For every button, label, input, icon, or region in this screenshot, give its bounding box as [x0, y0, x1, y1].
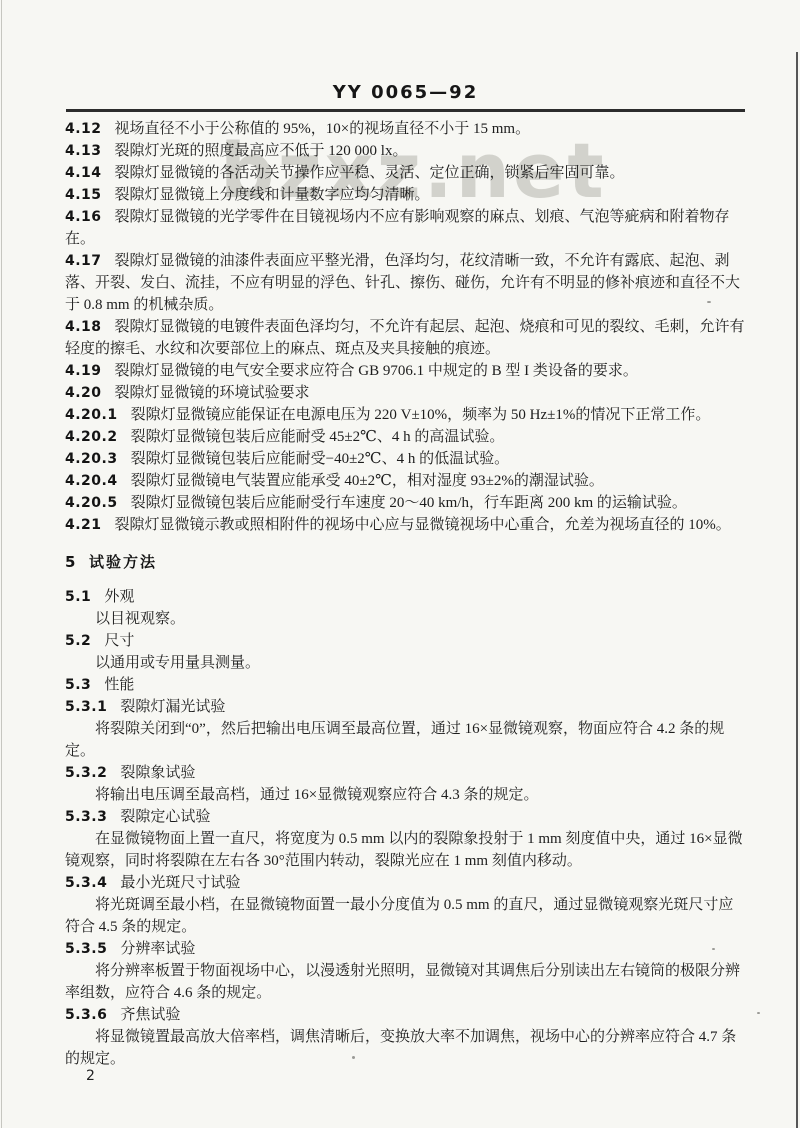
clause-number: 4.20.4 [65, 473, 118, 489]
subclause-block: 5.2尺寸 以通用或专用量具测量。 [65, 630, 747, 674]
subclause-title: 性能 [104, 677, 134, 693]
subclause-heading: 5.3.3裂隙定心试验 [65, 806, 747, 828]
subclause-number: 5.3.6 [65, 1007, 107, 1023]
clause-paragraph: 4.17裂隙灯显微镜的油漆件表面应平整光滑，色泽均匀，花纹清晰一致，不允许有露底… [65, 250, 747, 316]
clause-text: 裂隙灯显微镜的电气安全要求应符合 GB 9706.1 中规定的 B 型 I 类设… [115, 363, 638, 379]
clause-text: 裂隙灯显微镜上分度线和计量数字应均匀清晰。 [115, 187, 430, 203]
clause-text: 裂隙灯显微镜示教或照相附件的视场中心应与显微镜视场中心重合，允差为视场直径的 1… [115, 517, 731, 533]
clause-number: 4.15 [65, 187, 102, 203]
subclause-block: 5.3.2裂隙象试验 将输出电压调至最高档，通过 16×显微镜观察应符合 4.3… [65, 762, 747, 806]
section-5-number: 5 [65, 553, 76, 571]
subclause-body: 将显微镜置最高放大倍率档，调焦清晰后，变换放大率不加调焦，视场中心的分辨率应符合… [65, 1026, 747, 1070]
clause-text: 裂隙灯显微镜的光学零件在目镜视场内不应有影响观察的麻点、划痕、气泡等疵病和附着物… [65, 209, 730, 247]
clause-paragraph: 4.20.1裂隙灯显微镜应能保证在电源电压为 220 V±10%，频率为 50 … [65, 404, 747, 426]
clause-number: 4.18 [65, 319, 102, 335]
clause-text: 裂隙灯显微镜的各活动关节操作应平稳、灵活、定位正确，锁紧后牢固可靠。 [115, 165, 625, 181]
page-header: YY 0065—92 [66, 82, 745, 103]
subclause-title: 裂隙象试验 [120, 765, 195, 781]
subclause-block: 5.3.4最小光斑尺寸试验 将光斑调至最小档，在显微镜物面置一最小分度值为 0.… [65, 872, 747, 938]
subclause-block: 5.3.5分辨率试验 将分辨率板置于物面视场中心，以漫透射光照明，显微镜对其调焦… [65, 938, 747, 1004]
clause-paragraph: 4.13裂隙灯光斑的照度最高应不低于 120 000 lx。 [65, 140, 747, 162]
clause-text: 裂隙灯显微镜包装后应能耐受 45±2℃、4 h 的高温试验。 [131, 429, 505, 445]
page-number: 2 [86, 1068, 95, 1084]
clause-number: 4.20.2 [65, 429, 118, 445]
subclause-block: 5.3.3裂隙定心试验 在显微镜物面上置一直尺，将宽度为 0.5 mm 以内的裂… [65, 806, 747, 872]
clause-paragraph: 4.14裂隙灯显微镜的各活动关节操作应平稳、灵活、定位正确，锁紧后牢固可靠。 [65, 162, 747, 184]
clause-paragraph: 4.16裂隙灯显微镜的光学零件在目镜视场内不应有影响观察的麻点、划痕、气泡等疵病… [65, 206, 747, 250]
subclause-body: 将光斑调至最小档，在显微镜物面置一最小分度值为 0.5 mm 的直尺，通过显微镜… [65, 894, 747, 938]
subclause-number: 5.1 [65, 589, 91, 605]
clause-paragraph: 4.20.2裂隙灯显微镜包装后应能耐受 45±2℃、4 h 的高温试验。 [65, 426, 747, 448]
clause-number: 4.17 [65, 253, 102, 269]
clause-paragraph: 4.18裂隙灯显微镜的电镀件表面色泽均匀，不允许有起层、起泡、烧痕和可见的裂纹、… [65, 316, 747, 360]
section-5-clauses: 5.1外观 以目视观察。 5.2尺寸 以通用或专用量具测量。 5.3性能 5.3… [65, 586, 747, 1070]
subclause-number: 5.3.5 [65, 941, 107, 957]
subclause-title: 分辨率试验 [120, 941, 195, 957]
subclause-number: 5.2 [65, 633, 91, 649]
subclause-heading: 5.3.6齐焦试验 [65, 1004, 747, 1026]
subclause-body: 将分辨率板置于物面视场中心，以漫透射光照明，显微镜对其调焦后分别读出左右镜筒的极… [65, 960, 747, 1004]
clause-number: 4.14 [65, 165, 102, 181]
subclause-body: 以通用或专用量具测量。 [65, 652, 747, 674]
clause-number: 4.21 [65, 517, 102, 533]
clause-number: 4.13 [65, 143, 102, 159]
clause-text: 裂隙灯显微镜的油漆件表面应平整光滑，色泽均匀，花纹清晰一致，不允许有露底、起泡、… [65, 253, 740, 313]
clause-text: 裂隙灯显微镜应能保证在电源电压为 220 V±10%，频率为 50 Hz±1%的… [131, 407, 711, 423]
subclause-title: 齐焦试验 [120, 1007, 180, 1023]
clause-number: 4.12 [65, 121, 102, 137]
subclause-title: 最小光斑尺寸试验 [120, 875, 240, 891]
subclause-block: 5.3性能 [65, 674, 747, 696]
clause-text: 裂隙灯显微镜的环境试验要求 [115, 385, 310, 401]
document-page: bzxz.net YY 0065—92 4.12视场直径不小于公称值的 95%，… [0, 0, 800, 1128]
subclause-block: 5.1外观 以目视观察。 [65, 586, 747, 630]
subclause-body: 将输出电压调至最高档，通过 16×显微镜观察应符合 4.3 条的规定。 [65, 784, 747, 806]
clause-number: 4.20 [65, 385, 102, 401]
subclause-body: 在显微镜物面上置一直尺，将宽度为 0.5 mm 以内的裂隙象投射于 1 mm 刻… [65, 828, 747, 872]
subclause-title: 尺寸 [104, 633, 134, 649]
subclause-number: 5.3.1 [65, 699, 107, 715]
subclause-number: 5.3 [65, 677, 91, 693]
header-rule [66, 109, 745, 112]
clause-text: 裂隙灯显微镜的电镀件表面色泽均匀，不允许有起层、起泡、烧痕和可见的裂纹、毛刺，允… [65, 319, 745, 357]
clause-number: 4.20.3 [65, 451, 118, 467]
clause-paragraph: 4.19裂隙灯显微镜的电气安全要求应符合 GB 9706.1 中规定的 B 型 … [65, 360, 747, 382]
clause-text: 裂隙灯光斑的照度最高应不低于 120 000 lx。 [115, 143, 408, 159]
subclause-block: 5.3.1裂隙灯漏光试验 将裂隙关闭到“0”，然后把输出电压调至最高位置，通过 … [65, 696, 747, 762]
clause-number: 4.16 [65, 209, 102, 225]
clause-text: 裂隙灯显微镜包装后应能耐受−40±2℃、4 h 的低温试验。 [131, 451, 509, 467]
subclause-heading: 5.3性能 [65, 674, 747, 696]
clause-paragraph: 4.20裂隙灯显微镜的环境试验要求 [65, 382, 747, 404]
clause-text: 裂隙灯显微镜电气装置应能承受 40±2℃，相对湿度 93±2%的潮湿试验。 [131, 473, 604, 489]
subclause-heading: 5.2尺寸 [65, 630, 747, 652]
clause-text: 视场直径不小于公称值的 95%，10×的视场直径不小于 15 mm。 [115, 121, 531, 137]
clause-paragraph: 4.20.3裂隙灯显微镜包装后应能耐受−40±2℃、4 h 的低温试验。 [65, 448, 747, 470]
clause-number: 4.20.5 [65, 495, 118, 511]
subclause-heading: 5.3.5分辨率试验 [65, 938, 747, 960]
clause-paragraph: 4.15裂隙灯显微镜上分度线和计量数字应均匀清晰。 [65, 184, 747, 206]
subclause-body: 将裂隙关闭到“0”，然后把输出电压调至最高位置，通过 16×显微镜观察，物面应符… [65, 718, 747, 762]
subclause-heading: 5.3.4最小光斑尺寸试验 [65, 872, 747, 894]
scan-edge-left [1, 0, 2, 1128]
clause-number: 4.20.1 [65, 407, 118, 423]
subclause-number: 5.3.4 [65, 875, 107, 891]
clause-text: 裂隙灯显微镜包装后应能耐受行车速度 20～40 km/h，行车距离 200 km… [131, 495, 687, 511]
subclause-title: 裂隙定心试验 [120, 809, 210, 825]
scan-edge-right [796, 52, 798, 1128]
document-content: 4.12视场直径不小于公称值的 95%，10×的视场直径不小于 15 mm。 4… [65, 118, 747, 1070]
section-5-title: 试验方法 [89, 553, 157, 571]
clause-paragraph: 4.20.5裂隙灯显微镜包装后应能耐受行车速度 20～40 km/h，行车距离 … [65, 492, 747, 514]
standard-number: YY 0065—92 [333, 82, 478, 103]
subclause-heading: 5.3.2裂隙象试验 [65, 762, 747, 784]
subclause-heading: 5.3.1裂隙灯漏光试验 [65, 696, 747, 718]
clause-paragraph: 4.12视场直径不小于公称值的 95%，10×的视场直径不小于 15 mm。 [65, 118, 747, 140]
scan-speckle [757, 1012, 760, 1014]
subclause-body: 以目视观察。 [65, 608, 747, 630]
subclause-heading: 5.1外观 [65, 586, 747, 608]
section-4-clauses: 4.12视场直径不小于公称值的 95%，10×的视场直径不小于 15 mm。 4… [65, 118, 747, 536]
subclause-title: 外观 [104, 589, 134, 605]
clause-paragraph: 4.21裂隙灯显微镜示教或照相附件的视场中心应与显微镜视场中心重合，允差为视场直… [65, 514, 747, 536]
section-5-heading: 5试验方法 [65, 551, 747, 574]
clause-number: 4.19 [65, 363, 102, 379]
subclause-number: 5.3.2 [65, 765, 107, 781]
clause-paragraph: 4.20.4裂隙灯显微镜电气装置应能承受 40±2℃，相对湿度 93±2%的潮湿… [65, 470, 747, 492]
subclause-number: 5.3.3 [65, 809, 107, 825]
subclause-title: 裂隙灯漏光试验 [120, 699, 225, 715]
subclause-block: 5.3.6齐焦试验 将显微镜置最高放大倍率档，调焦清晰后，变换放大率不加调焦，视… [65, 1004, 747, 1070]
